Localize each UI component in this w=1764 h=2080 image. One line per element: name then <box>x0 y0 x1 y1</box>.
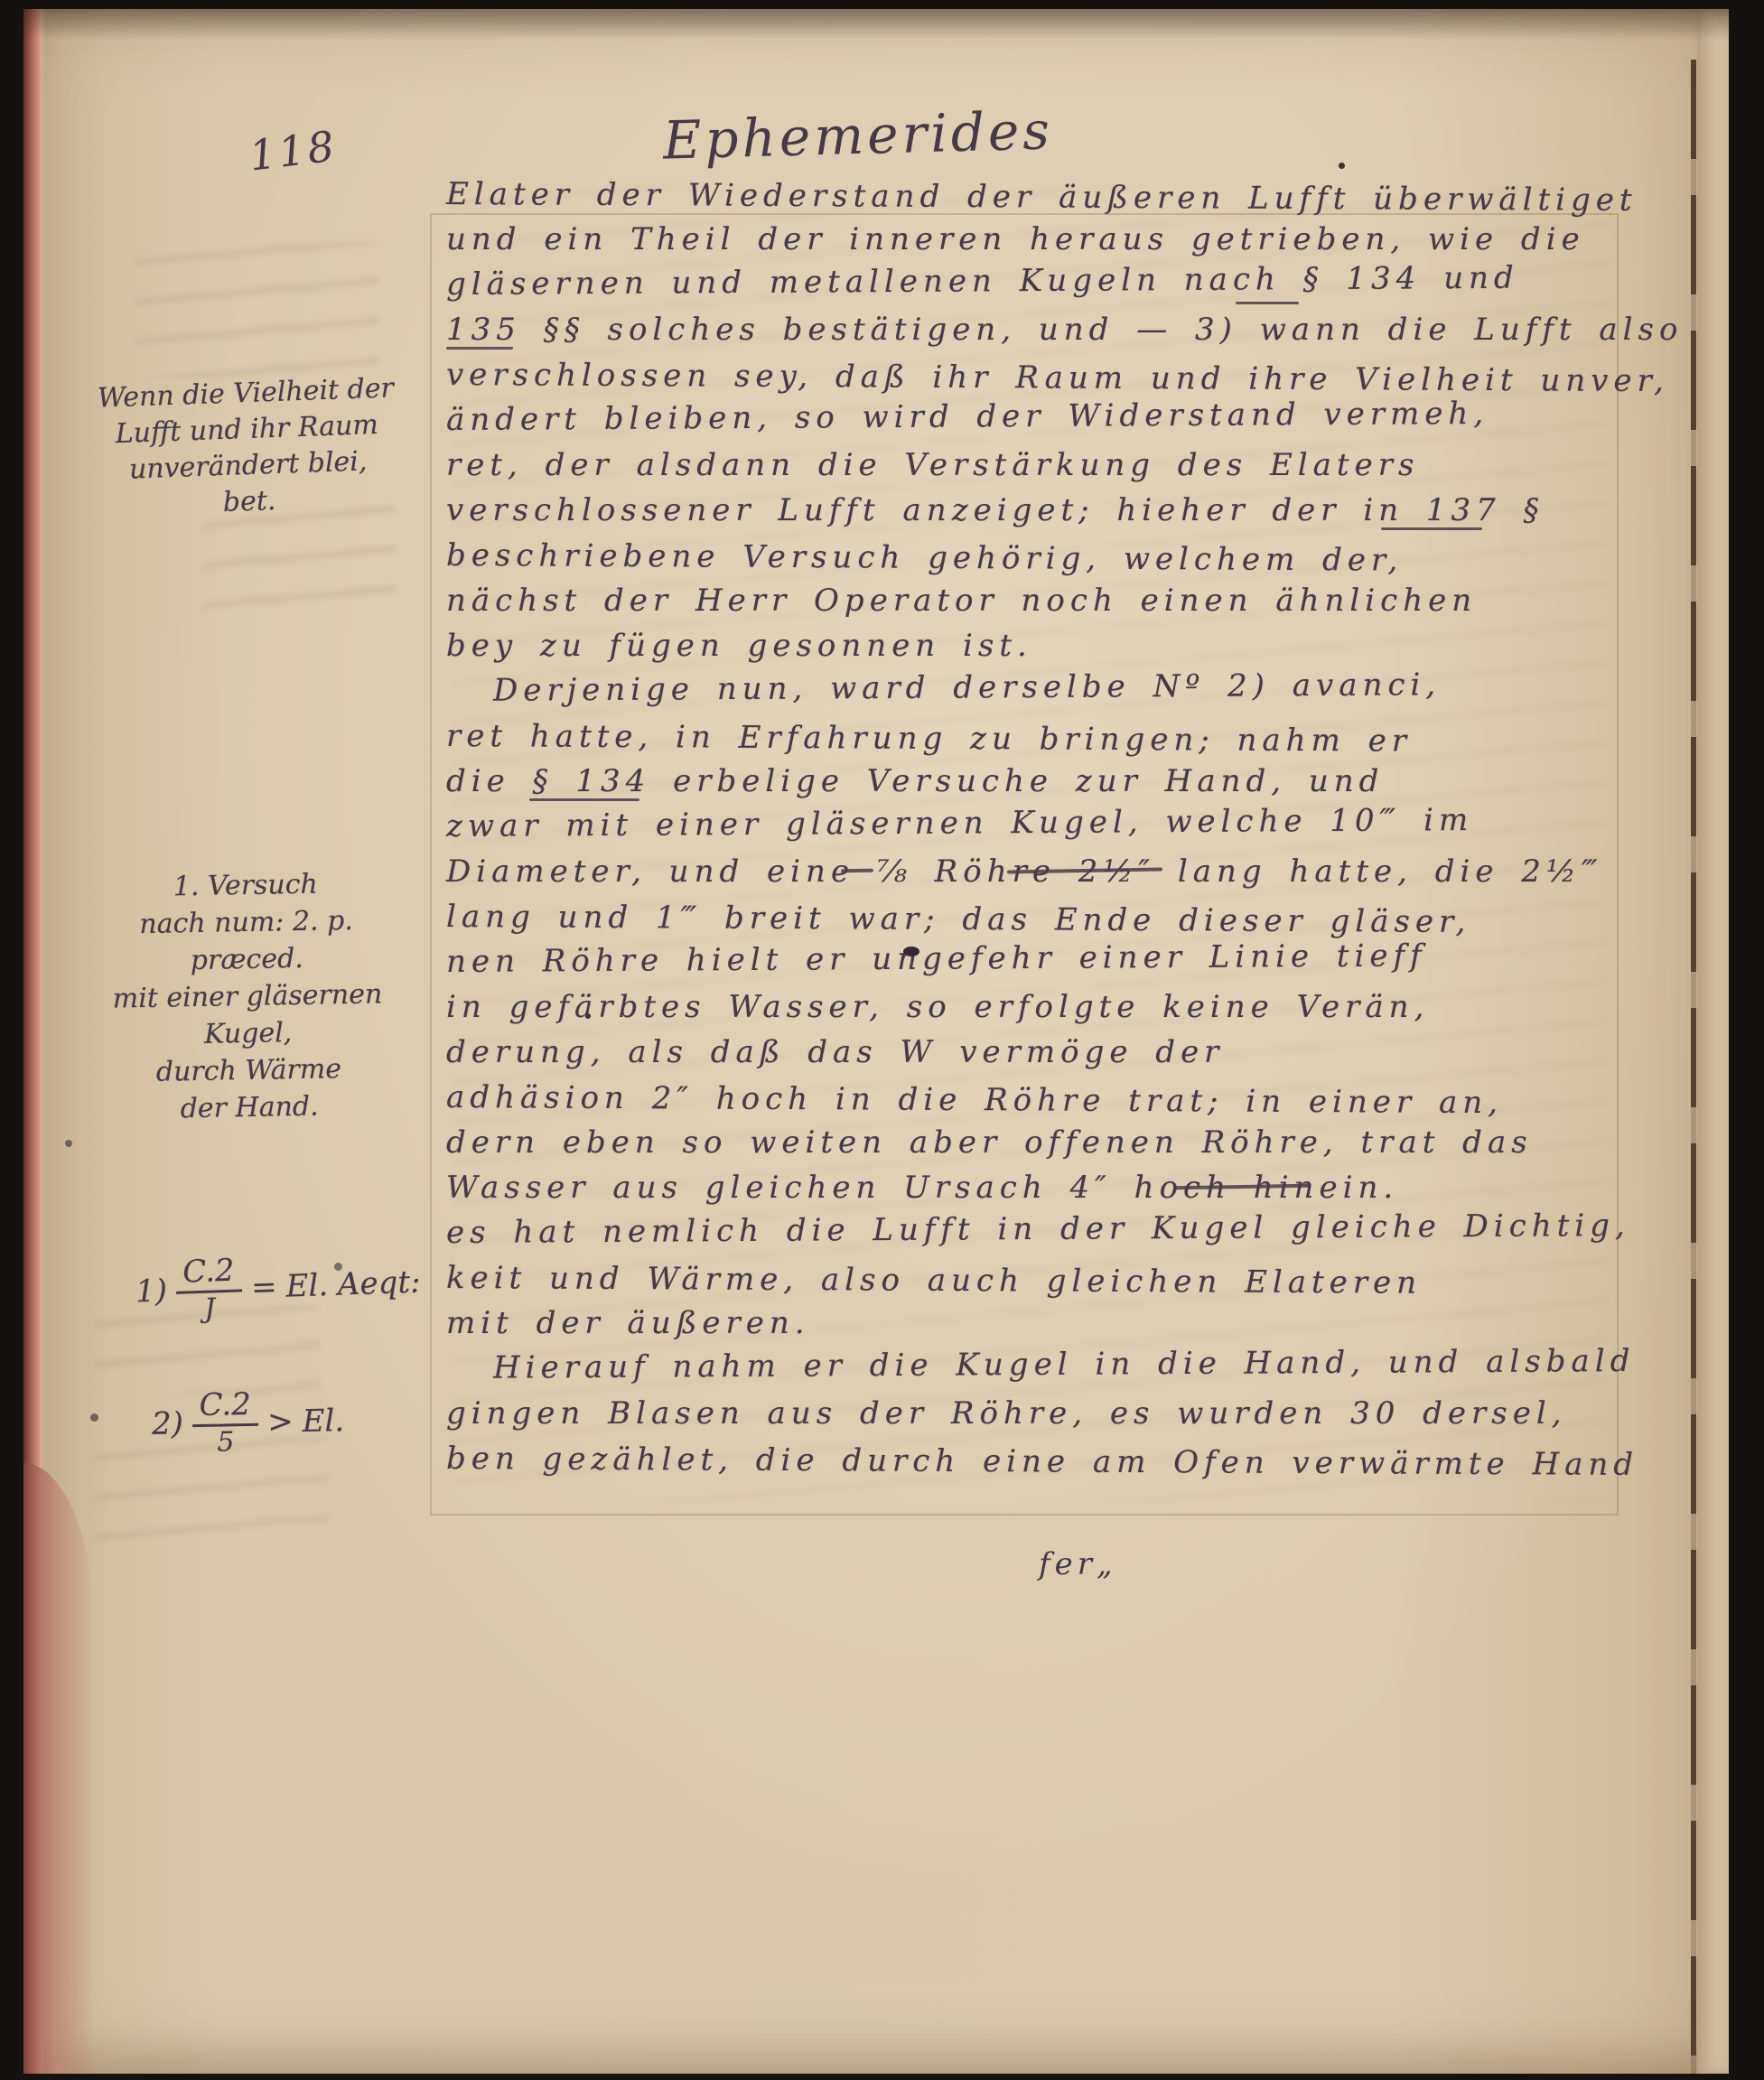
manuscript-line: verschlossener Lufft anzeiget; hieher de… <box>446 488 1613 533</box>
margin-formula-1: 1) C.2 J = El. Aeqt: <box>135 1249 422 1326</box>
manuscript-line: beschriebene Versuch gehörig, welchem de… <box>446 533 1613 584</box>
margin-formula-2: 2) C.2 5 > El. <box>151 1387 344 1458</box>
ink-speck <box>1339 163 1345 169</box>
manuscript-line: dern eben so weiten aber offenen Röhre, … <box>446 1120 1613 1165</box>
formula-denominator: 5 <box>217 1426 235 1457</box>
bleed-through-text <box>203 506 397 623</box>
manuscript-line: adhäsion 2″ hoch in die Röhre trat; in e… <box>446 1075 1613 1126</box>
formula-rhs: El. <box>302 1403 344 1440</box>
manuscript-line: nächst der Herr Operator noch einen ähnl… <box>446 578 1613 623</box>
main-text-block: Elater der Wiederstand der äußeren Lufft… <box>446 172 1613 1481</box>
catchword: fer„ <box>1039 1546 1117 1582</box>
manuscript-line: in gefärbtes Wasser, so erfolgte keine V… <box>446 984 1613 1030</box>
ink-speck <box>90 1413 98 1422</box>
margin-note-experiment: 1. Versuch nach num: 2. p. præced. mit e… <box>85 864 411 1129</box>
red-page-edge-bottom <box>23 1463 94 2074</box>
manuscript-line: 135 §§ solches bestätigen, und — 3) wann… <box>446 307 1613 352</box>
manuscript-line: ben gezählet, die durch eine am Ofen ver… <box>446 1436 1613 1488</box>
margin-note-line: der Hand. <box>89 1087 411 1129</box>
manuscript-line: gläsernen und metallenen Kugeln nach § 1… <box>446 255 1613 307</box>
underline-mark-137 <box>1381 527 1482 530</box>
manuscript-line: nen Röhre hielt er ungefehr einer Linie … <box>446 932 1613 984</box>
ink-speck <box>585 1013 591 1019</box>
margin-note-line: durch Wärme <box>88 1049 410 1092</box>
formula-index: 2) <box>152 1405 184 1442</box>
manuscript-line: ändert bleiben, so wird der Widerstand v… <box>446 390 1613 443</box>
margin-note-line: mit einer gläsernen <box>87 975 409 1018</box>
formula-relation: = <box>250 1269 277 1306</box>
manuscript-line: derung, als daß das W vermöge der <box>446 1030 1613 1075</box>
page-edge-line <box>1691 60 1696 2074</box>
manuscript-line: es hat nemlich die Lufft in der Kugel gl… <box>446 1203 1613 1255</box>
underline-mark-134 <box>1236 302 1299 304</box>
formula-fraction: C.2 5 <box>191 1389 259 1457</box>
ink-speck <box>334 1263 342 1271</box>
formula-index: 1) <box>135 1273 167 1310</box>
manuscript-line: Elater der Wiederstand der äußeren Lufft… <box>446 172 1613 223</box>
manuscript-line: zwar mit einer gläsernen Kugel, welche 1… <box>446 797 1613 849</box>
formula-numerator: C.2 <box>191 1389 258 1427</box>
underline-mark-135 <box>446 347 513 350</box>
formula-rhs: El. Aeqt: <box>285 1264 421 1305</box>
facing-page-edge <box>1697 9 1729 2074</box>
binding-shadow <box>23 9 1729 40</box>
margin-note-line: nach num: 2. p. <box>85 901 407 944</box>
underline-mark-134b <box>529 798 639 801</box>
margin-note-air-volume: Wenn die Vielheit der Lufft und ihr Raum… <box>84 370 410 526</box>
formula-denominator: J <box>204 1292 216 1323</box>
margin-note-line: præced. <box>86 938 408 981</box>
manuscript-line: ret, der alsdann die Verstärkung des Ela… <box>446 443 1613 488</box>
manuscript-line: keit und Wärme, also auch gleichen Elate… <box>446 1255 1613 1307</box>
formula-fraction: C.2 J <box>175 1255 244 1324</box>
manuscript-line: ret hatte, in Erfahrung zu bringen; nahm… <box>446 714 1613 765</box>
strikethrough-mark <box>841 869 873 873</box>
margin-note-line: Kugel, <box>87 1012 409 1055</box>
formula-numerator: C.2 <box>175 1255 243 1293</box>
ink-speck <box>65 1140 72 1147</box>
manuscript-line: gingen Blasen aus der Röhre, es wurden 3… <box>446 1391 1613 1436</box>
manuscript-line: Hierauf nahm er die Kugel in die Hand, u… <box>446 1338 1613 1391</box>
margin-note-line: 1. Versuch <box>85 864 407 907</box>
formula-relation: > <box>267 1404 294 1440</box>
bleed-through-text <box>135 242 379 378</box>
manuscript-scan: 118 Ephemerides Elater der Wiederstand d… <box>0 0 1764 2080</box>
manuscript-line: Derjenige nun, ward derselbe Nº 2) avanc… <box>446 661 1613 714</box>
ink-blot <box>903 947 919 956</box>
